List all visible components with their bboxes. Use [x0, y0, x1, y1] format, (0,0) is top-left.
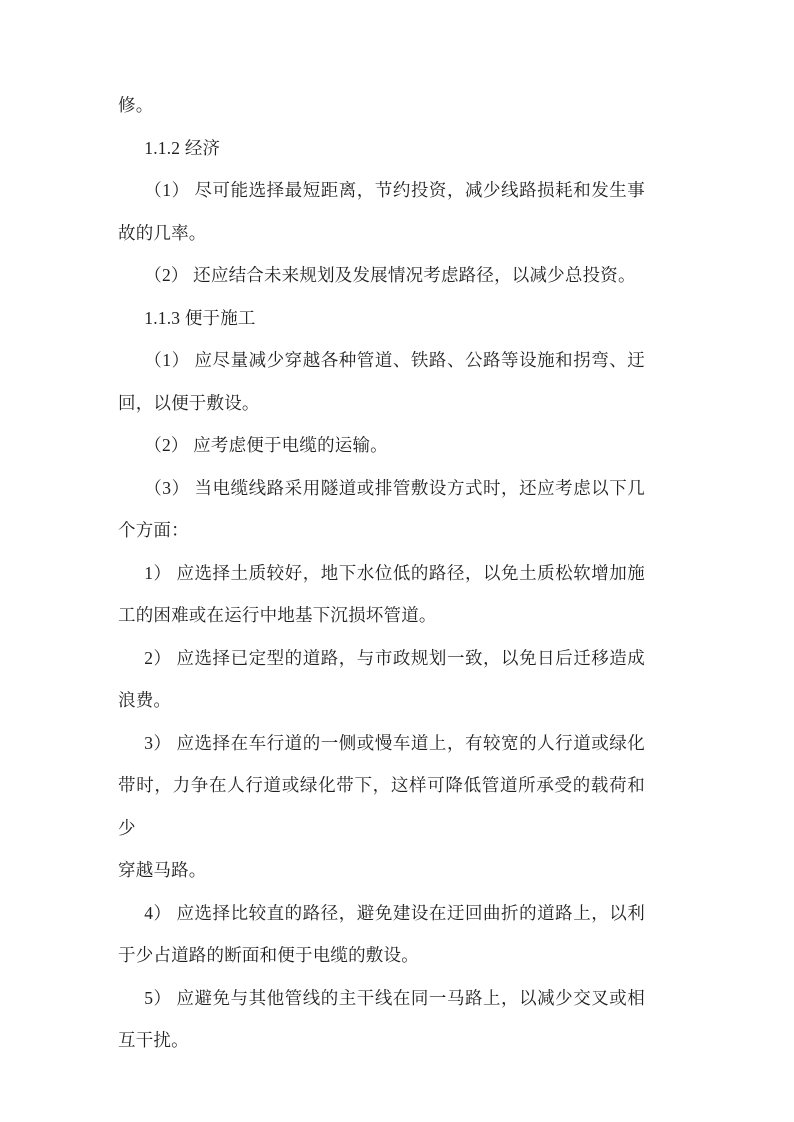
text-line: 5） 应避免与其他管线的主干线在同一马路上，以减少交叉或相 [118, 977, 645, 1020]
text-line: （1） 应尽量减少穿越各种管道、铁路、公路等设施和拐弯、迂 [118, 339, 645, 382]
text-line: 2） 应选择已定型的道路，与市政规划一致，以免日后迁移造成 [118, 637, 645, 680]
text-line: 互干扰。 [118, 1019, 645, 1062]
document-page: 修。1.1.2 经济（1） 尽可能选择最短距离，节约投资，减少线路损耗和发生事故… [0, 0, 794, 1122]
text-line: 于少占道路的断面和便于电缆的敷设。 [118, 934, 645, 977]
text-line: 1） 应选择土质较好，地下水位低的路径，以免土质松软增加施 [118, 552, 645, 595]
text-line: 浪费。 [118, 679, 645, 722]
text-line: 1.1.3 便于施工 [118, 297, 645, 340]
text-line: 3） 应选择在车行道的一侧或慢车道上，有较宽的人行道或绿化 [118, 722, 645, 765]
heading-1-1-3: 1.1.3 便于施工 [118, 297, 645, 340]
item-3-under-1-1-3: （3） 当电缆线路采用隧道或排管敷设方式时，还应考虑以下几个方面： [118, 467, 645, 552]
subitem-5: 5） 应避免与其他管线的主干线在同一马路上，以减少交叉或相互干扰。 [118, 977, 645, 1062]
heading-1-1-2: 1.1.2 经济 [118, 127, 645, 170]
text-line: 故的几率。 [118, 212, 645, 255]
text-line: 工的困难或在运行中地基下沉损坏管道。 [118, 594, 645, 637]
text-line: （3） 当电缆线路采用隧道或排管敷设方式时，还应考虑以下几 [118, 467, 645, 510]
item-2-under-1-1-3: （2） 应考虑便于电缆的运输。 [118, 424, 645, 467]
subitem-2: 2） 应选择已定型的道路，与市政规划一致，以免日后迁移造成浪费。 [118, 637, 645, 722]
text-line: 穿越马路。 [118, 849, 645, 892]
para-continuation-tail: 修。 [118, 84, 645, 127]
text-line: 4） 应选择比较直的路径，避免建设在迂回曲折的道路上，以利 [118, 892, 645, 935]
text-line: （2） 还应结合未来规划及发展情况考虑路径，以减少总投资。 [118, 254, 645, 297]
text-line: 带时，力争在人行道或绿化带下，这样可降低管道所承受的载荷和少 [118, 764, 645, 849]
item-2-under-1-1-2: （2） 还应结合未来规划及发展情况考虑路径，以减少总投资。 [118, 254, 645, 297]
subitem-4: 4） 应选择比较直的路径，避免建设在迂回曲折的道路上，以利于少占道路的断面和便于… [118, 892, 645, 977]
item-1-under-1-1-3: （1） 应尽量减少穿越各种管道、铁路、公路等设施和拐弯、迂回，以便于敷设。 [118, 339, 645, 424]
text-line: （2） 应考虑便于电缆的运输。 [118, 424, 645, 467]
document-body: 修。1.1.2 经济（1） 尽可能选择最短距离，节约投资，减少线路损耗和发生事故… [0, 0, 794, 1062]
item-1-under-1-1-2: （1） 尽可能选择最短距离，节约投资，减少线路损耗和发生事故的几率。 [118, 169, 645, 254]
subitem-1: 1） 应选择土质较好，地下水位低的路径，以免土质松软增加施工的困难或在运行中地基… [118, 552, 645, 637]
text-line: （1） 尽可能选择最短距离，节约投资，减少线路损耗和发生事 [118, 169, 645, 212]
text-line: 个方面： [118, 509, 645, 552]
text-line: 1.1.2 经济 [118, 127, 645, 170]
text-line: 修。 [118, 84, 645, 127]
subitem-3: 3） 应选择在车行道的一侧或慢车道上，有较宽的人行道或绿化带时，力争在人行道或绿… [118, 722, 645, 892]
text-line: 回，以便于敷设。 [118, 382, 645, 425]
